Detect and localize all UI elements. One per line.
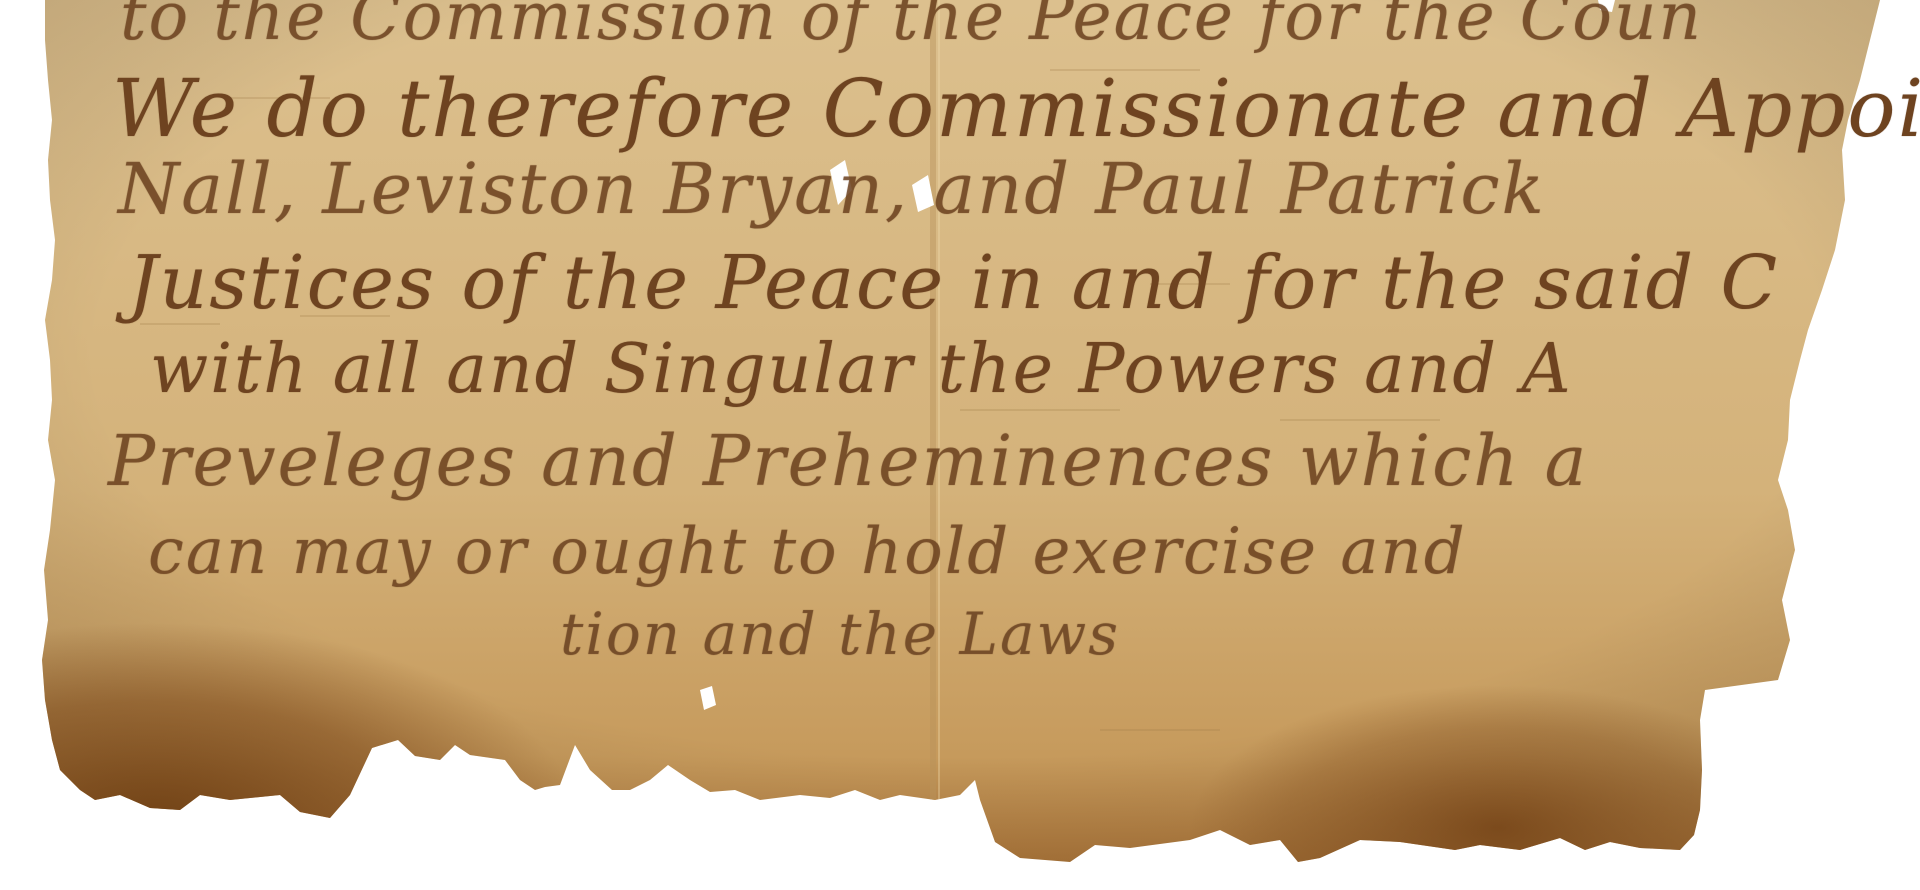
- document-photo: to the Commission of the Peace for the C…: [0, 0, 1920, 890]
- manuscript-line-1: to the Commission of the Peace for the C…: [120, 0, 1703, 55]
- manuscript-line-3: Nall, Leviston Bryan, and Paul Patrick: [118, 148, 1546, 230]
- manuscript-line-2: We do therefore Commissionate and Appoi: [112, 62, 1920, 155]
- manuscript-line-6: Preveleges and Preheminences which a: [108, 420, 1588, 502]
- manuscript-line-4: Justices of the Peace in and for the sai…: [128, 240, 1779, 326]
- manuscript-line-7: can may or ought to hold exercise and: [148, 515, 1467, 589]
- manuscript-line-5: with all and Singular the Powers and A: [150, 330, 1573, 409]
- manuscript-line-8: tion and the Laws: [560, 600, 1120, 668]
